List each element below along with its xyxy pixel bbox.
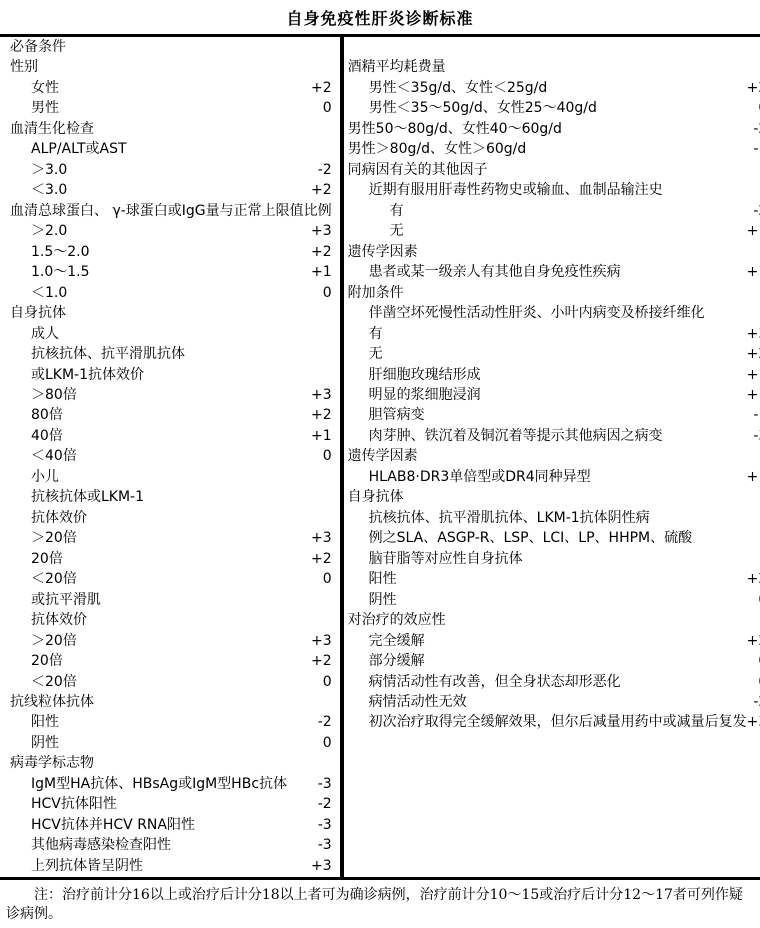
row-score: -3 (753, 426, 760, 446)
table-row: 血清生化检查 (0, 119, 340, 139)
row-score: 0 (323, 446, 340, 466)
table-row: ＜1.00 (0, 283, 340, 303)
table-row: 女性+2 (0, 78, 340, 98)
table-row: 肉芽肿、铁沉着及铜沉着等提示其他病因之病变-3 (344, 426, 760, 446)
table-row: HCV抗体阳性-2 (0, 794, 340, 814)
row-label: 病毒学标志物 (0, 753, 332, 773)
row-score: +3 (311, 385, 340, 405)
table-row: ALP/ALT或AST (0, 139, 340, 159)
table-row: 明显的浆细胞浸润+1 (344, 385, 760, 405)
row-label: 其他病毒感染检查阳性 (0, 835, 318, 855)
row-label: HCV抗体并HCV RNA阳性 (0, 815, 318, 835)
row-label: 无 (344, 221, 747, 241)
row-label: 自身抗体 (344, 487, 760, 507)
row-score: +1 (747, 262, 760, 282)
row-label: 1.0～1.5 (0, 262, 311, 282)
table-row: 无+2 (344, 344, 760, 364)
row-label: 女性 (0, 78, 311, 98)
row-label: HLAB8·DR3单倍型或DR4同种异型 (344, 467, 747, 487)
row-label: ＜40倍 (0, 446, 323, 466)
table-row: 对治疗的效应性 (344, 610, 760, 630)
row-score: 0 (323, 98, 340, 118)
table-row: 完全缓解+2 (344, 631, 760, 651)
row-score: +3 (311, 856, 340, 876)
row-score: -3 (318, 835, 340, 855)
table-row: 阳性-2 (0, 712, 340, 732)
row-label: 近期有服用肝毒性药物史或输血、血制品输注史 (344, 180, 760, 200)
row-label: 同病因有关的其他因子 (344, 160, 760, 180)
row-score: -1 (753, 139, 760, 159)
page-title: 自身免疫性肝炎诊断标准 (0, 0, 760, 34)
row-label: 小儿 (0, 467, 332, 487)
footnote: 注：治疗前计分16以上或治疗后计分18以上者可为确诊病例，治疗前计分10～15或… (0, 880, 760, 924)
row-label: 80倍 (0, 405, 311, 425)
row-label: 20倍 (0, 651, 311, 671)
row-label: 例之SLA、ASGP-R、LSP、LCI、LP、HHPM、硫酸 (344, 528, 760, 548)
row-label: ＜20倍 (0, 672, 323, 692)
table-row: ＞20倍+3 (0, 528, 340, 548)
row-label: 男性＜35g/d、女性＜25g/d (344, 78, 747, 98)
row-label: ＞2.0 (0, 221, 311, 241)
table-row: 病情活动性无效-2 (344, 692, 760, 712)
row-label: 脑苷脂等对应性自身抗体 (344, 549, 760, 569)
table-row: 男性＜35g/d、女性＜25g/d+2 (344, 78, 760, 98)
row-label: 酒精平均耗费量 (344, 57, 760, 77)
table-row: 男性＜35～50g/d、女性25～40g/d0 (344, 98, 760, 118)
table-row: 近期有服用肝毒性药物史或输血、血制品输注史 (344, 180, 760, 200)
row-score: 0 (323, 569, 340, 589)
row-score: -3 (318, 815, 340, 835)
row-label: 患者或某一级亲人有其他自身免疫性疾病 (344, 262, 747, 282)
row-label: 对治疗的效应性 (344, 610, 760, 630)
table-row: ＞3.0-2 (0, 160, 340, 180)
row-label: 男性＜35～50g/d、女性25～40g/d (344, 98, 759, 118)
table-row: 40倍+1 (0, 426, 340, 446)
row-label: ＞20倍 (0, 528, 311, 548)
table-row: 同病因有关的其他因子 (344, 160, 760, 180)
table-row: 抗线粒体抗体 (0, 692, 340, 712)
table-row: 抗核抗体或LKM-1 (0, 487, 340, 507)
table-row: ＞20倍+3 (0, 631, 340, 651)
row-label: 完全缓解 (344, 631, 747, 651)
row-label: 男性＞80g/d、女性＞60g/d (344, 139, 754, 159)
row-score: +2 (747, 344, 760, 364)
row-score: +1 (311, 426, 340, 446)
table-row: 男性50～80g/d、女性40～60g/d-2 (344, 119, 760, 139)
table-row: 肝细胞玫瑰结形成+1 (344, 365, 760, 385)
table-row: ＜40倍0 (0, 446, 340, 466)
table-row: 血清总球蛋白、 γ-球蛋白或IgG量与正常上限值比例 (0, 201, 340, 221)
table-row: ＞80倍+3 (0, 385, 340, 405)
row-label: 自身抗体 (0, 303, 332, 323)
row-score: +3 (311, 221, 340, 241)
table-row: 抗核抗体、抗平滑肌抗体 (0, 344, 340, 364)
table-row: 自身抗体 (0, 303, 340, 323)
table-row: 1.0～1.5+1 (0, 262, 340, 282)
row-score: 0 (323, 672, 340, 692)
table-row: 成人 (0, 324, 340, 344)
row-label: 血清总球蛋白、 γ-球蛋白或IgG量与正常上限值比例 (0, 201, 332, 221)
table-row: ＜20倍0 (0, 672, 340, 692)
table-row: 遗传学因素 (344, 242, 760, 262)
row-score: +2 (747, 569, 760, 589)
row-label: 遗传学因素 (344, 446, 760, 466)
table-row: HLAB8·DR3单倍型或DR4同种异型+1 (344, 467, 760, 487)
row-label: 胆管病变 (344, 405, 754, 425)
row-label: 血清生化检查 (0, 119, 332, 139)
row-label: 抗体效价 (0, 508, 332, 528)
row-score: 0 (323, 733, 340, 753)
row-label: 40倍 (0, 426, 311, 446)
table-row: 遗传学因素 (344, 446, 760, 466)
table-row: 胆管病变-1 (344, 405, 760, 425)
row-score: +1 (747, 365, 760, 385)
table-row: 酒精平均耗费量 (344, 57, 760, 77)
row-label: 抗核抗体或LKM-1 (0, 487, 332, 507)
row-score: 0 (323, 283, 340, 303)
criteria-table: 必备条件性别女性+2男性0血清生化检查ALP/ALT或AST＞3.0-2＜3.0… (0, 34, 760, 880)
table-row: 20倍+2 (0, 549, 340, 569)
row-label: ＜1.0 (0, 283, 323, 303)
row-score: +3 (747, 712, 760, 732)
row-label: 上列抗体皆呈阴性 (0, 856, 311, 876)
row-label: 病情活动性无效 (344, 692, 754, 712)
table-row: 男性＞80g/d、女性＞60g/d-1 (344, 139, 760, 159)
table-row: 小儿 (0, 467, 340, 487)
row-score: +1 (747, 467, 760, 487)
table-row (344, 37, 760, 57)
table-row: 附加条件 (344, 283, 760, 303)
table-row: ＜20倍0 (0, 569, 340, 589)
row-label: 抗线粒体抗体 (0, 692, 332, 712)
row-label: 性别 (0, 57, 332, 77)
row-label: 病情活动性有改善，但全身状态却形恶化 (344, 672, 759, 692)
row-label: 抗核抗体、抗平滑肌抗体、LKM-1抗体阴性病 (344, 508, 760, 528)
page: 自身免疫性肝炎诊断标准 必备条件性别女性+2男性0血清生化检查ALP/ALT或A… (0, 0, 760, 928)
table-row: 1.5～2.0+2 (0, 242, 340, 262)
table-row: 必备条件 (0, 37, 340, 57)
table-row: 无+1 (344, 221, 760, 241)
table-row: 有-2 (344, 201, 760, 221)
row-label: 阴性 (0, 733, 323, 753)
row-score: -2 (318, 794, 340, 814)
table-row: 抗核抗体、抗平滑肌抗体、LKM-1抗体阴性病 (344, 508, 760, 528)
row-score: +2 (311, 180, 340, 200)
row-score: -1 (753, 405, 760, 425)
row-label: 必备条件 (0, 37, 332, 57)
table-row: 自身抗体 (344, 487, 760, 507)
table-row: ＞2.0+3 (0, 221, 340, 241)
table-row: 阴性0 (0, 733, 340, 753)
row-score: +1 (311, 262, 340, 282)
row-score: -2 (318, 712, 340, 732)
row-label: ALP/ALT或AST (0, 139, 332, 159)
row-label: 明显的浆细胞浸润 (344, 385, 747, 405)
row-label: 有 (344, 201, 754, 221)
row-score: -3 (318, 774, 340, 794)
table-row: 其他病毒感染检查阳性-3 (0, 835, 340, 855)
row-score: -2 (753, 201, 760, 221)
row-label: 抗体效价 (0, 610, 332, 630)
table-row: 男性0 (0, 98, 340, 118)
row-score: +2 (747, 78, 760, 98)
row-label: 20倍 (0, 549, 311, 569)
row-score: -2 (318, 160, 340, 180)
row-score: +1 (747, 221, 760, 241)
row-label: ＞3.0 (0, 160, 318, 180)
row-label: ＞80倍 (0, 385, 311, 405)
table-row: 病毒学标志物 (0, 753, 340, 773)
row-score: +1 (747, 385, 760, 405)
row-score: -2 (753, 692, 760, 712)
row-label: 肝细胞玫瑰结形成 (344, 365, 747, 385)
row-label: 部分缓解 (344, 651, 759, 671)
row-label: 成人 (0, 324, 332, 344)
row-label: ＜20倍 (0, 569, 323, 589)
row-score: +3 (311, 528, 340, 548)
row-label: 阴性 (344, 590, 759, 610)
row-score: +2 (311, 405, 340, 425)
row-label: 肉芽肿、铁沉着及铜沉着等提示其他病因之病变 (344, 426, 754, 446)
row-label: 伴凿空坏死慢性活动性肝炎、小叶内病变及桥接纤维化 (344, 303, 760, 323)
row-label: 1.5～2.0 (0, 242, 311, 262)
row-score: +2 (311, 651, 340, 671)
table-row: 80倍+2 (0, 405, 340, 425)
row-label: 遗传学因素 (344, 242, 760, 262)
row-label: 初次治疗取得完全缓解效果，但尔后减量用药中或减量后复发 (344, 712, 747, 732)
row-label: 附加条件 (344, 283, 760, 303)
table-row: 病情活动性有改善，但全身状态却形恶化0 (344, 672, 760, 692)
row-label: 有 (344, 324, 747, 344)
table-row: 性别 (0, 57, 340, 77)
row-label: ＞20倍 (0, 631, 311, 651)
row-score: +2 (747, 631, 760, 651)
table-row: 20倍+2 (0, 651, 340, 671)
row-label: 抗核抗体、抗平滑肌抗体 (0, 344, 332, 364)
row-label: ＜3.0 (0, 180, 311, 200)
table-row: 伴凿空坏死慢性活动性肝炎、小叶内病变及桥接纤维化 (344, 303, 760, 323)
table-row: 部分缓解0 (344, 651, 760, 671)
table-row: 阴性0 (344, 590, 760, 610)
row-score: +2 (311, 78, 340, 98)
table-row: 有+3 (344, 324, 760, 344)
row-label: 阳性 (0, 712, 318, 732)
table-row: 上列抗体皆呈阴性+3 (0, 856, 340, 876)
row-label: 男性50～80g/d、女性40～60g/d (344, 119, 754, 139)
row-score: +2 (311, 549, 340, 569)
table-row: 阳性+2 (344, 569, 760, 589)
row-label: 阳性 (344, 569, 747, 589)
table-row: 患者或某一级亲人有其他自身免疫性疾病+1 (344, 262, 760, 282)
table-row: 脑苷脂等对应性自身抗体 (344, 549, 760, 569)
row-score: +2 (311, 242, 340, 262)
row-label: 男性 (0, 98, 323, 118)
row-label: 无 (344, 344, 747, 364)
table-row: 或抗平滑肌 (0, 590, 340, 610)
row-label: 或LKM-1抗体效价 (0, 365, 332, 385)
table-row: 抗体效价 (0, 508, 340, 528)
table-row: 抗体效价 (0, 610, 340, 630)
table-row: IgM型HA抗体、HBsAg或IgM型HBc抗体-3 (0, 774, 340, 794)
table-row: ＜3.0+2 (0, 180, 340, 200)
table-row: 或LKM-1抗体效价 (0, 365, 340, 385)
table-row: 初次治疗取得完全缓解效果，但尔后减量用药中或减量后复发+3 (344, 712, 760, 732)
row-score: -2 (753, 119, 760, 139)
row-score: +3 (747, 324, 760, 344)
table-row: 例之SLA、ASGP-R、LSP、LCI、LP、HHPM、硫酸 (344, 528, 760, 548)
row-label: IgM型HA抗体、HBsAg或IgM型HBc抗体 (0, 774, 318, 794)
row-score: +3 (311, 631, 340, 651)
table-row: HCV抗体并HCV RNA阳性-3 (0, 815, 340, 835)
right-column: 酒精平均耗费量男性＜35g/d、女性＜25g/d+2男性＜35～50g/d、女性… (344, 37, 760, 877)
row-label: 或抗平滑肌 (0, 590, 332, 610)
row-label: HCV抗体阳性 (0, 794, 318, 814)
left-column: 必备条件性别女性+2男性0血清生化检查ALP/ALT或AST＞3.0-2＜3.0… (0, 37, 340, 877)
